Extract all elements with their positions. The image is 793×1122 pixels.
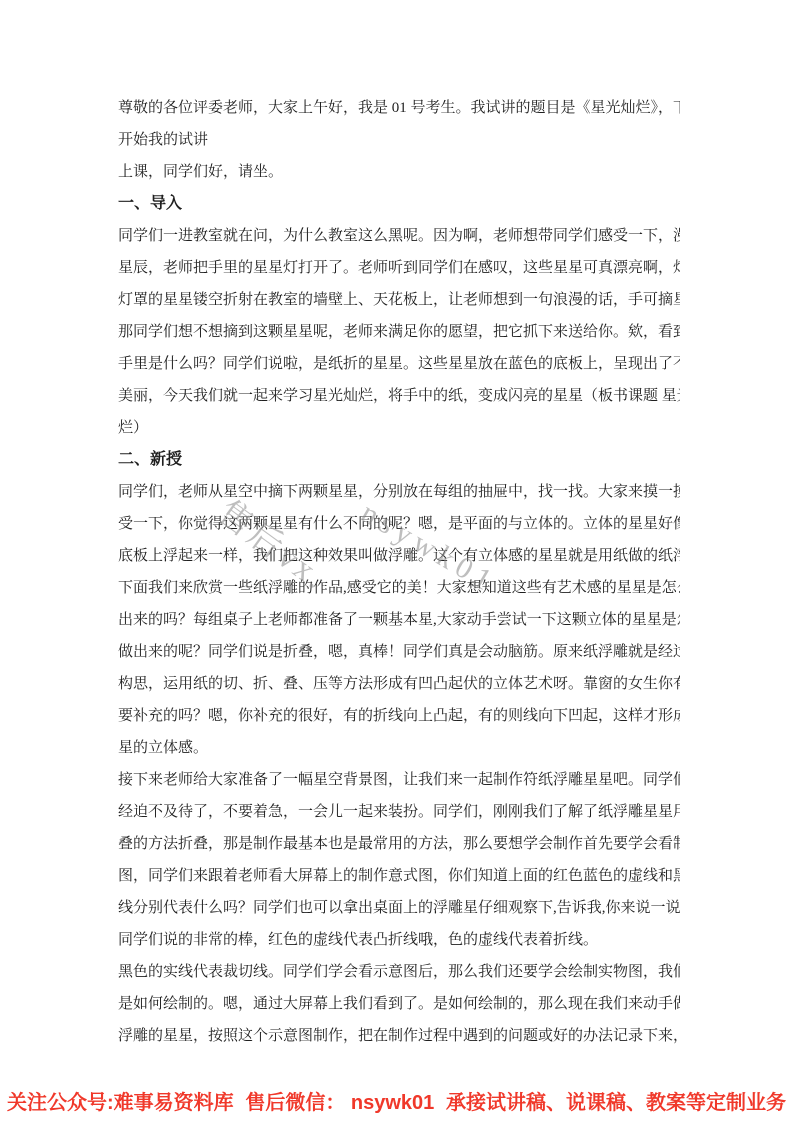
paragraph: 上课，同学们好，请坐。 [118, 156, 680, 188]
text-line: 同学们一进教室就在问，为什么教室这么黑呢。因为啊，老师想带同学们感受一下，漫天的 [118, 220, 680, 252]
text-line: 手里是什么吗？同学们说啦，是纸折的星星。这些星星放在蓝色的底板上，呈现出了不同的 [118, 348, 680, 380]
section-heading: 一、导入 [118, 188, 680, 220]
text-line: 做出来的呢？同学们说是折叠，嗯，真棒！同学们真是会动脑筋。原来纸浮雕就是经过巧妙 [118, 636, 680, 668]
section-heading: 二、新授 [118, 444, 680, 476]
text-line: 底板上浮起来一样，我们把这种效果叫做浮雕。这个有立体感的星星就是用纸做的纸浮雕。 [118, 540, 680, 572]
text-line: 构思，运用纸的切、折、叠、压等方法形成有凹凸起伏的立体艺术呀。靠窗的女生你有什么 [118, 668, 680, 700]
footer-wechat-text: 售后微信： nsywk01 [245, 1091, 434, 1115]
paragraph: 接下来老师给大家准备了一幅星空背景图，让我们来一起制作符纸浮雕星星吧。同学们都已… [118, 764, 680, 956]
text-line: 美丽，今天我们就一起来学习星光灿烂，将手中的纸，变成闪亮的星星（板书课题 星光灿 [118, 380, 680, 412]
text-line: 那同学们想不想摘到这颗星星呢，老师来满足你的愿望，把它抓下来送给你。欸，看到老师 [118, 316, 680, 348]
text-line: 浮雕的星星，按照这个示意图制作，把在制作过程中遇到的问题或好的办法记录下来，等下 [118, 1020, 680, 1052]
text-line: 叠的方法折叠，那是制作最基本也是最常用的方法，那么要想学会制作首先要学会看制作意 [118, 828, 680, 860]
text-line: 星的立体感。 [118, 732, 680, 764]
text-line: 烂） [118, 412, 680, 444]
footer-services-text: 承接试讲稿、说课稿、教案等定制业务 [446, 1091, 786, 1115]
text-line: 下面我们来欣赏一些纸浮雕的作品,感受它的美！大家想知道这些有艺术感的星星是怎么做 [118, 572, 680, 604]
text-line: 图，同学们来跟着老师看大屏幕上的制作意式图，你们知道上面的红色蓝色的虚线和黑色的 [118, 860, 680, 892]
text-line: 是如何绘制的。嗯，通过大屏幕上我们看到了。是如何绘制的，那么现在我们来动手做一个 [118, 988, 680, 1020]
text-line: 星辰，老师把手里的星星灯打开了。老师听到同学们在感叹，这些星星可真漂亮啊，灯光由 [118, 252, 680, 284]
text-line: 黑色的实线代表裁切线。同学们学会看示意图后，那么我们还要学会绘制实物图，我们来看 [118, 956, 680, 988]
text-line: 上课，同学们好，请坐。 [118, 156, 680, 188]
text-line: 经迫不及待了，不要着急，一会儿一起来装扮。同学们，刚刚我们了解了纸浮雕星星用了折 [118, 796, 680, 828]
text-line: 同学们，老师从星空中摘下两颗星星，分别放在每组的抽屉中，找一找。大家来摸一摸，感 [118, 476, 680, 508]
footer-banner: 关注公众号:难事易资料库 售后微信： nsywk01 承接试讲稿、说课稿、教案等… [0, 1091, 793, 1115]
text-line: 一、导入 [118, 188, 680, 220]
document-body: 尊敬的各位评委老师，大家上午好，我是 01 号考生。我试讲的题目是《星光灿烂》，… [118, 92, 680, 1052]
paragraph: 同学们一进教室就在问，为什么教室这么黑呢。因为啊，老师想带同学们感受一下，漫天的… [118, 220, 680, 444]
paragraph: 同学们，老师从星空中摘下两颗星星，分别放在每组的抽屉中，找一找。大家来摸一摸，感… [118, 476, 680, 764]
text-line: 灯罩的星星镂空折射在教室的墙壁上、天花板上，让老师想到一句浪漫的话，手可摘星辰。 [118, 284, 680, 316]
text-line: 受一下，你觉得这两颗星星有什么不同的呢？嗯，是平面的与立体的。立体的星星好像是从 [118, 508, 680, 540]
text-line: 同学们说的非常的棒，红色的虚线代表凸折线哦，色的虚线代表着折线。 [118, 924, 680, 956]
text-line: 开始我的试讲 [118, 124, 680, 156]
text-line: 接下来老师给大家准备了一幅星空背景图，让我们来一起制作符纸浮雕星星吧。同学们都已 [118, 764, 680, 796]
footer-official-account-text: 关注公众号:难事易资料库 [7, 1091, 234, 1115]
text-line: 二、新授 [118, 444, 680, 476]
text-line: 线分别代表什么吗？同学们也可以拿出桌面上的浮雕星仔细观察下,告诉我,你来说一说嗯… [118, 892, 680, 924]
text-line: 要补充的吗？嗯，你补充的很好，有的折线向上凸起，有的则线向下凹起，这样才形成了星 [118, 700, 680, 732]
paragraph: 黑色的实线代表裁切线。同学们学会看示意图后，那么我们还要学会绘制实物图，我们来看… [118, 956, 680, 1052]
text-line: 尊敬的各位评委老师，大家上午好，我是 01 号考生。我试讲的题目是《星光灿烂》，… [118, 92, 680, 124]
text-line: 出来的吗？每组桌子上老师都准备了一颗基本星,大家动手尝试一下这颗立体的星星是怎么 [118, 604, 680, 636]
document-page: 尊敬的各位评委老师，大家上午好，我是 01 号考生。我试讲的题目是《星光灿烂》，… [0, 0, 793, 1122]
paragraph: 尊敬的各位评委老师，大家上午好，我是 01 号考生。我试讲的题目是《星光灿烂》，… [118, 92, 680, 156]
